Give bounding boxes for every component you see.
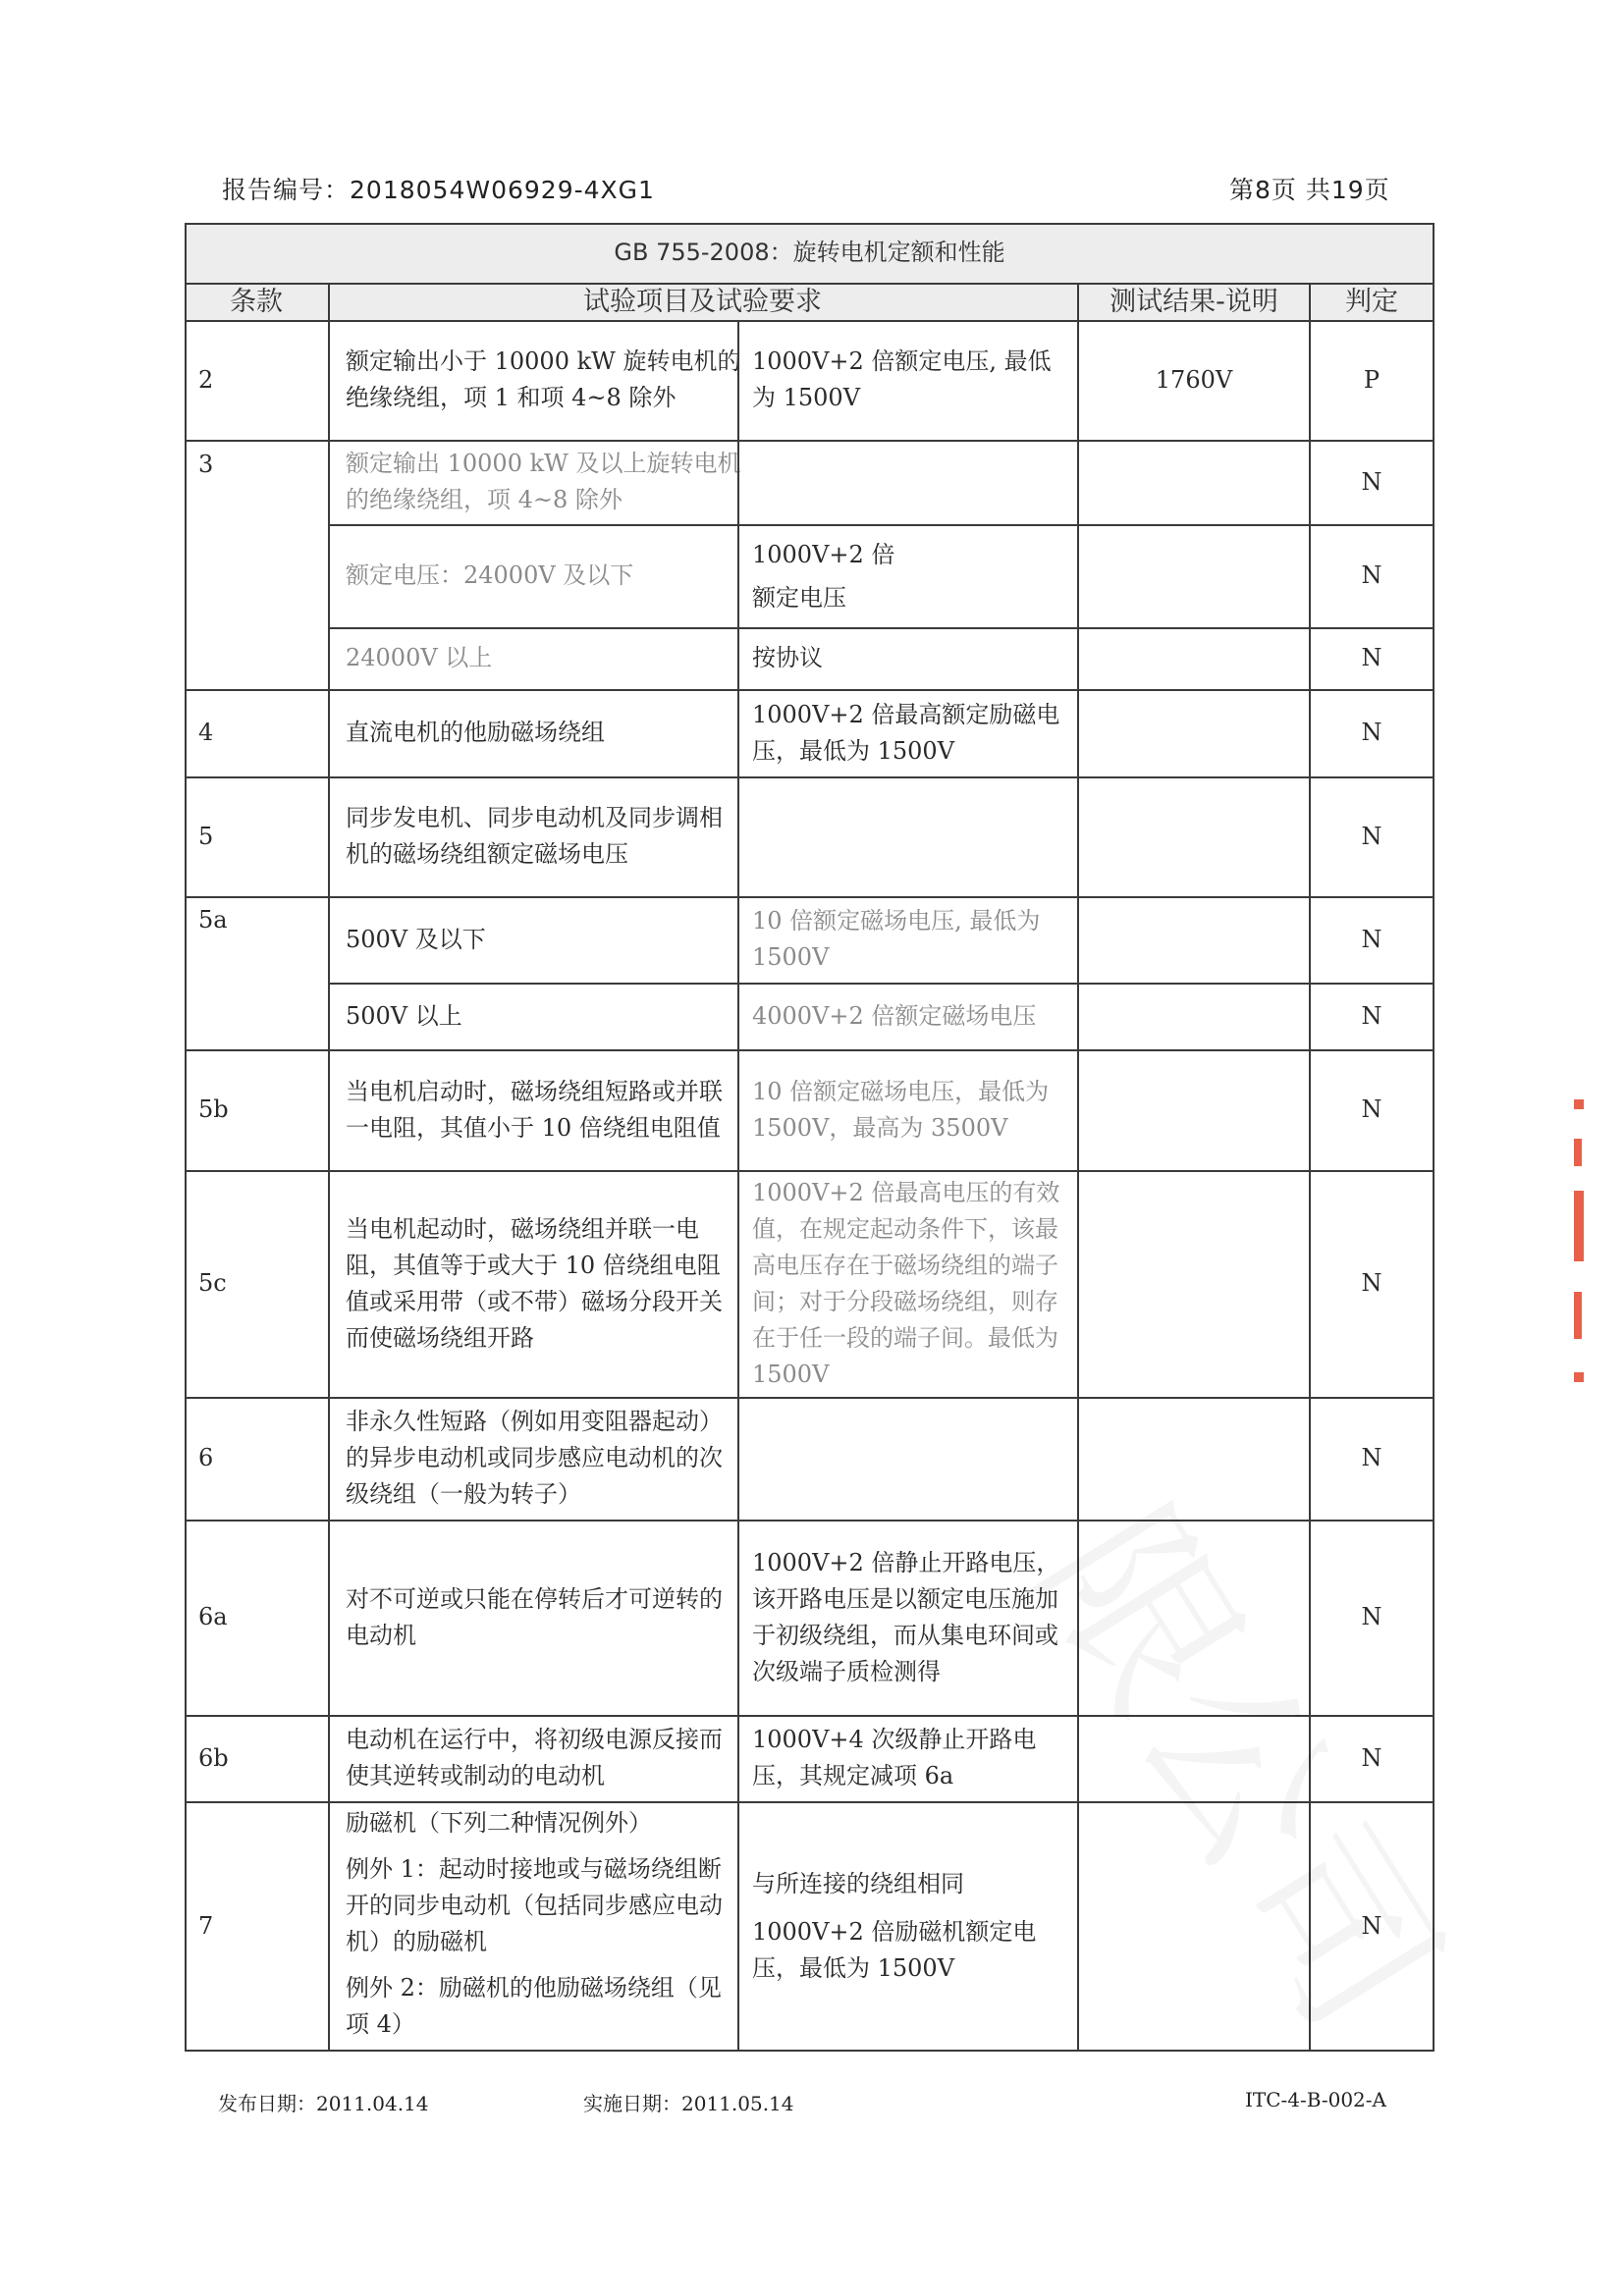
table-rule: [328, 627, 1435, 629]
item-line: 例外 1：起动时接地或与磁场绕组断开的同步电动机（包括同步感应电动机）的励磁机: [346, 1851, 743, 1960]
table-rule: [328, 283, 330, 2052]
col-header-verdict: 判定: [1309, 283, 1435, 320]
clause-cell: 6b: [198, 1715, 326, 1801]
item-cell: 对不可逆或只能在停转后才可逆转的电动机: [346, 1520, 743, 1715]
table-rule: [185, 1049, 1435, 1051]
table-rule: [185, 1170, 1435, 1172]
item-cell: 500V 及以下: [346, 896, 743, 983]
table-rule: [1077, 283, 1079, 2052]
requirement-line: 额定电压: [752, 576, 1071, 619]
table-rule: [1309, 283, 1311, 2052]
table-border: [1433, 223, 1435, 2052]
item-cell: 励磁机（下列二种情况例外） 例外 1：起动时接地或与磁场绕组断开的同步电动机（包…: [346, 1805, 743, 2043]
item-cell: 额定输出 10000 kW 及以上旋转电机的绝缘绕组，项 4~8 除外: [346, 440, 743, 524]
seal-stamp-mark: [1574, 1139, 1582, 1166]
verdict-cell: N: [1309, 896, 1435, 983]
item-cell: 额定电压：24000V 及以下: [346, 524, 743, 627]
effective-date: 实施日期：2011.05.14: [583, 2088, 794, 2116]
item-cell: 当电机起动时，磁场绕组并联一电阻，其值等于或大于 10 倍绕组电阻值或采用带（或…: [346, 1170, 743, 1397]
verdict-cell: P: [1309, 320, 1435, 440]
table-rule: [328, 983, 1435, 985]
item-cell: 非永久性短路（例如用变阻器起动）的异步电动机或同步感应电动机的次级绕组（一般为转…: [346, 1397, 743, 1520]
table-rule: [185, 689, 1435, 691]
seal-stamp-mark: [1574, 1099, 1584, 1109]
requirement-cell: 1000V+4 次级静止开路电压，其规定减项 6a: [752, 1715, 1071, 1801]
clause-cell: 7: [198, 1801, 326, 2052]
requirement-cell: 1000V+2 倍最高电压的有效值，在规定起动条件下，该最高电压存在于磁场绕组的…: [752, 1170, 1071, 1397]
verdict-cell: N: [1309, 1520, 1435, 1715]
clause-cell: 3: [198, 447, 326, 483]
clause-cell: 4: [198, 689, 326, 776]
table-rule: [328, 524, 1435, 526]
page-info: 第8页 共19页: [1229, 171, 1390, 206]
verdict-cell: N: [1309, 1170, 1435, 1397]
verdict-cell: N: [1309, 1397, 1435, 1520]
table-border: [185, 223, 1435, 225]
verdict-cell: N: [1309, 440, 1435, 524]
item-cell: 24000V 以上: [346, 627, 743, 689]
requirement-cell: 按协议: [752, 627, 1071, 689]
issue-date: 发布日期：2011.04.14: [218, 2088, 429, 2116]
col-header-item: 试验项目及试验要求: [328, 283, 1077, 320]
requirement-line: 1000V+2 倍励磁机额定电压，最低为 1500V: [752, 1914, 1071, 1987]
item-cell: 额定输出小于 10000 kW 旋转电机的绝缘绕组，项 1 和项 4~8 除外: [346, 320, 743, 440]
clause-cell: 6a: [198, 1520, 326, 1715]
requirement-cell: 1000V+2 倍 额定电压: [752, 533, 1071, 619]
verdict-cell: N: [1309, 1801, 1435, 2052]
table-rule: [185, 440, 1435, 442]
report-number: 报告编号：2018054W06929-4XG1: [222, 171, 655, 206]
requirement-cell: 10 倍额定磁场电压，最低为 1500V，最高为 3500V: [752, 1049, 1071, 1170]
requirement-cell: 1000V+2 倍最高额定励磁电压，最低为 1500V: [752, 689, 1071, 776]
clause-cell: 5c: [198, 1170, 326, 1397]
requirement-cell: 1000V+2 倍静止开路电压，该开路电压是以额定电压施加于初级绕组，而从集电环…: [752, 1520, 1071, 1715]
seal-stamp-mark: [1574, 1292, 1582, 1339]
clause-cell: 6: [198, 1397, 326, 1520]
report-number-label: 报告编号：: [222, 176, 350, 204]
table-rule: [185, 776, 1435, 778]
clause-cell: 2: [198, 320, 326, 440]
table-rule: [185, 896, 1435, 898]
table-rule: [185, 320, 1435, 322]
seal-stamp-mark: [1574, 1191, 1584, 1261]
verdict-cell: N: [1309, 689, 1435, 776]
table-border: [185, 2050, 1435, 2052]
test-table: GB 755-2008：旋转电机定额和性能 条款 试验项目及试验要求 测试结果-…: [185, 223, 1435, 2052]
table-rule: [185, 1397, 1435, 1399]
verdict-cell: N: [1309, 776, 1435, 896]
table-title: GB 755-2008：旋转电机定额和性能: [185, 223, 1435, 283]
result-cell: 1760V: [1079, 320, 1309, 440]
verdict-cell: N: [1309, 983, 1435, 1049]
item-cell: 同步发电机、同步电动机及同步调相机的磁场绕组额定磁场电压: [346, 776, 743, 896]
item-line: 例外 2：励磁机的他励磁场绕组（见项 4）: [346, 1970, 743, 2043]
col-header-clause: 条款: [185, 283, 328, 320]
requirement-line: 1000V+2 倍: [752, 533, 1071, 576]
requirement-line: 与所连接的绕组相同: [752, 1866, 1071, 1902]
clause-cell: 5a: [198, 902, 326, 938]
item-cell: 500V 以上: [346, 983, 743, 1049]
table-rule: [185, 1801, 1435, 1803]
table-rule: [185, 1520, 1435, 1522]
seal-stamp-mark: [1574, 1372, 1584, 1382]
item-cell: 当电机启动时，磁场绕组短路或并联一电阻，其值小于 10 倍绕组电阻值: [346, 1049, 743, 1170]
verdict-cell: N: [1309, 1049, 1435, 1170]
requirement-cell: 与所连接的绕组相同 1000V+2 倍励磁机额定电压，最低为 1500V: [752, 1801, 1071, 2052]
verdict-cell: N: [1309, 1715, 1435, 1801]
verdict-cell: N: [1309, 627, 1435, 689]
clause-cell: 5b: [198, 1049, 326, 1170]
verdict-cell: N: [1309, 524, 1435, 627]
requirement-cell: 1000V+2 倍额定电压, 最低为 1500V: [752, 320, 1071, 440]
table-rule: [185, 1715, 1435, 1717]
item-cell: 电动机在运行中，将初级电源反接而使其逆转或制动的电动机: [346, 1715, 743, 1801]
document-code: ITC-4-B-002-A: [1245, 2088, 1386, 2111]
requirement-cell: 4000V+2 倍额定磁场电压: [752, 983, 1071, 1049]
col-header-result: 测试结果-说明: [1079, 283, 1309, 320]
table-rule: [185, 283, 1435, 285]
clause-cell: 5: [198, 776, 326, 896]
item-line: 励磁机（下列二种情况例外）: [346, 1805, 743, 1842]
item-cell: 直流电机的他励磁场绕组: [346, 689, 743, 776]
table-rule: [737, 320, 739, 2052]
requirement-cell: 10 倍额定磁场电压, 最低为 1500V: [752, 896, 1071, 983]
report-number-value: 2018054W06929-4XG1: [350, 176, 655, 204]
table-border: [185, 223, 187, 2052]
